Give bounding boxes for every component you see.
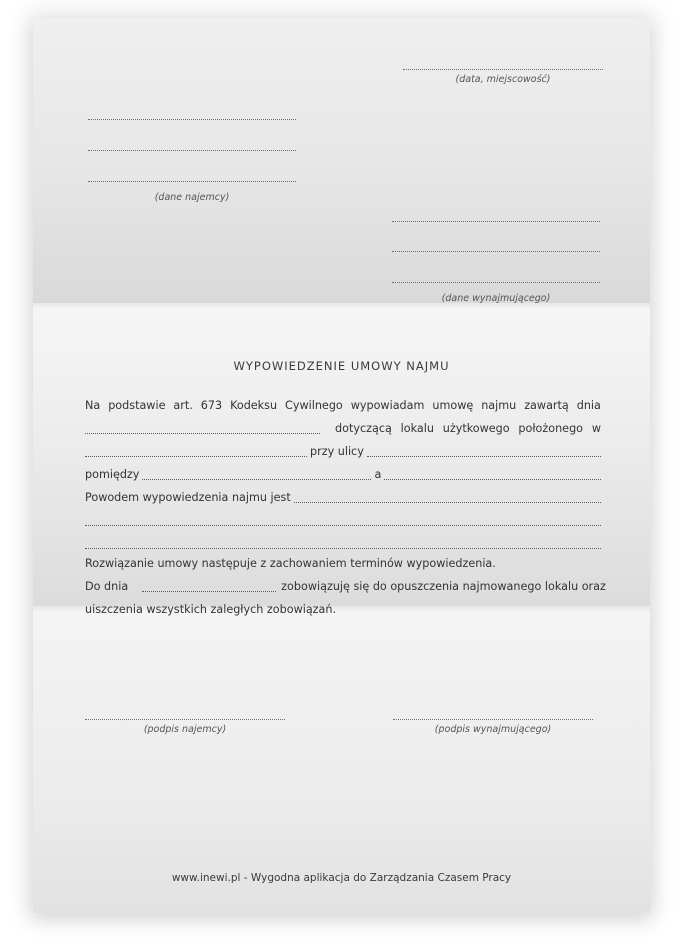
footer-text: www.inewi.pl - Wygodna aplikacja do Zarz… — [33, 872, 650, 884]
body-line-3: przy ulicy — [85, 444, 601, 460]
body-line-7 — [85, 536, 601, 552]
reason-field-1[interactable] — [294, 502, 601, 503]
word: położonego — [518, 421, 583, 437]
body-line-4: pomiędzy a — [85, 467, 601, 483]
body-line-1: Na podstawie art. 673 Kodeksu Cywilnego … — [85, 398, 601, 414]
word: Kodeksu — [230, 398, 277, 414]
termination-statement: Rozwiązanie umowy następuje z zachowanie… — [85, 556, 496, 572]
word: wypowiadam — [351, 398, 425, 414]
contract-date-field[interactable] — [85, 433, 320, 434]
tenant-signature-field[interactable] — [85, 719, 285, 720]
word: w — [592, 421, 601, 437]
reason-field-2[interactable] — [85, 525, 601, 526]
body-line-6 — [85, 513, 601, 529]
body-line-10: uiszczenia wszystkich zaległych zobowiąz… — [85, 602, 601, 618]
landlord-data-field-2[interactable] — [392, 251, 600, 252]
word: umowę — [432, 398, 473, 414]
tenant-signature-caption: (podpis najemcy) — [85, 724, 285, 735]
word: najmu — [481, 398, 516, 414]
until-date-label: Do dnia — [85, 579, 128, 595]
obligation-statement: zobowiązuję się do opuszczenia najmowane… — [281, 579, 606, 595]
tenant-data-field-3[interactable] — [88, 181, 296, 182]
body-line-2-text: dotyczącą lokalu użytkowego położonego w — [335, 421, 601, 437]
locality-field[interactable] — [85, 456, 307, 457]
document-sheet: (data, miejscowość) (dane najemcy) (dane… — [33, 18, 650, 913]
word: dotyczącą — [335, 421, 392, 437]
word: użytkowego — [443, 421, 510, 437]
body-line-5: Powodem wypowiedzenia najmu jest — [85, 490, 601, 506]
and-label: a — [374, 467, 381, 483]
reason-field-3[interactable] — [85, 548, 601, 549]
landlord-data-caption: (dane wynajmującego) — [392, 293, 600, 304]
word: art. — [173, 398, 192, 414]
landlord-signature-field[interactable] — [393, 719, 593, 720]
word: Cywilnego — [285, 398, 343, 414]
word: lokalu — [401, 421, 434, 437]
body-line-9: Do dnia zobowiązuję się do opuszczenia n… — [85, 579, 601, 595]
word: zawartą — [524, 398, 569, 414]
tenant-data-field-2[interactable] — [88, 150, 296, 151]
document-title: WYPOWIEDZENIE UMOWY NAJMU — [33, 359, 650, 373]
tenant-data-caption: (dane najemcy) — [88, 192, 296, 203]
word: podstawie — [108, 398, 165, 414]
body-line-8: Rozwiązanie umowy następuje z zachowanie… — [85, 556, 601, 572]
reason-label: Powodem wypowiedzenia najmu jest — [85, 490, 291, 506]
bottom-panel — [33, 606, 650, 913]
word: 673 — [201, 398, 222, 414]
street-field[interactable] — [367, 456, 601, 457]
body-line-2: dotyczącą lokalu użytkowego położonego w — [85, 421, 601, 437]
word: Na — [85, 398, 100, 414]
landlord-data-field-3[interactable] — [392, 282, 600, 283]
landlord-signature-caption: (podpis wynajmującego) — [393, 724, 593, 735]
word: dnia — [577, 398, 601, 414]
date-place-caption: (data, miejscowość) — [403, 74, 603, 85]
obligation-statement-end: uiszczenia wszystkich zaległych zobowiąz… — [85, 602, 336, 618]
between-label: pomiędzy — [85, 467, 139, 483]
date-place-field[interactable] — [403, 69, 603, 70]
street-label: przy ulicy — [310, 444, 364, 460]
top-panel — [33, 18, 650, 303]
vacate-date-field[interactable] — [142, 591, 276, 592]
party-one-field[interactable] — [142, 479, 371, 480]
landlord-data-field-1[interactable] — [392, 221, 600, 222]
tenant-data-field-1[interactable] — [88, 119, 296, 120]
party-two-field[interactable] — [384, 479, 601, 480]
